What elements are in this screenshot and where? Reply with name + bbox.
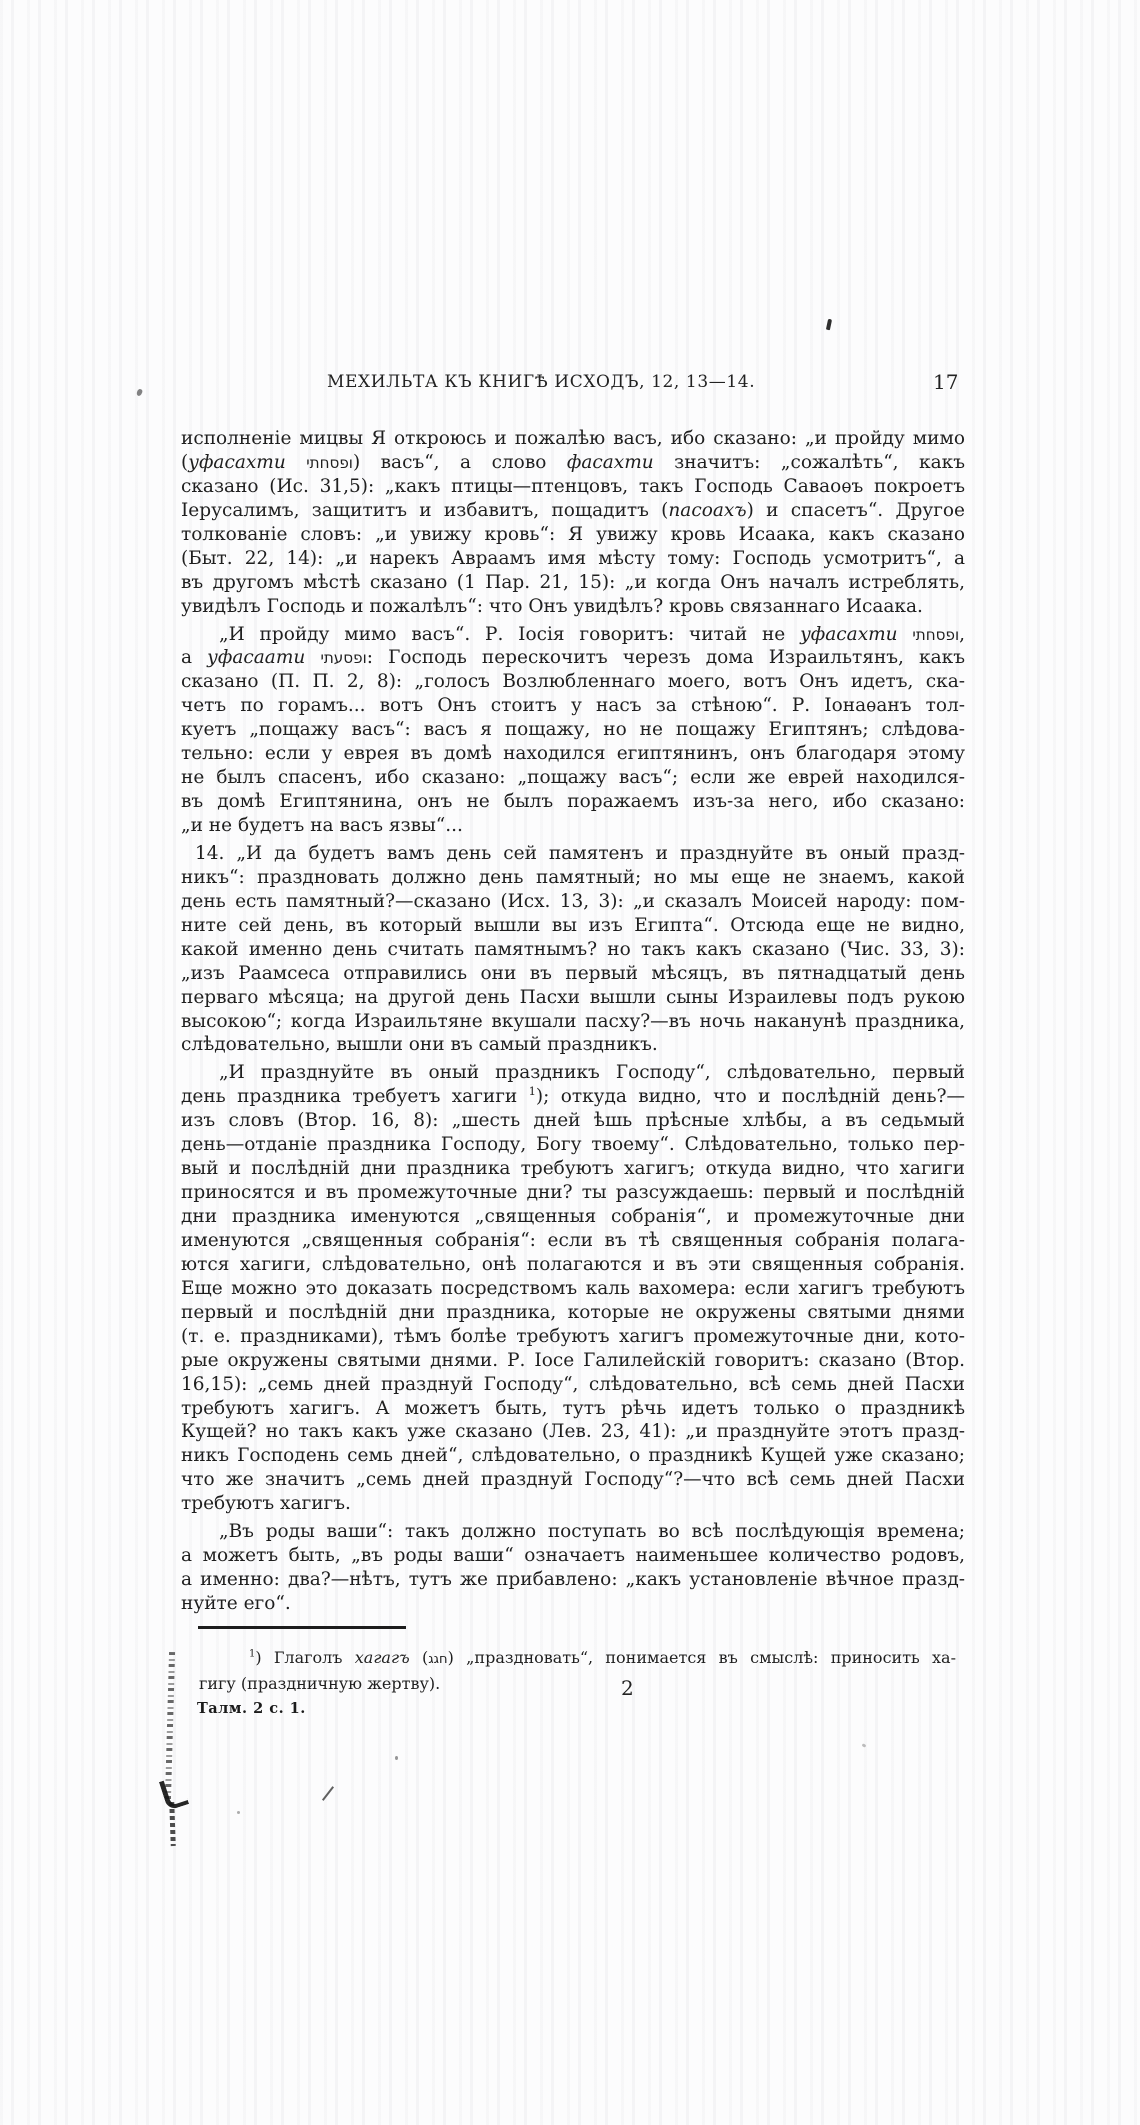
text-line: дни праздника именуются „священныя собра… — [181, 1205, 965, 1229]
ink-dot-artifact — [136, 388, 143, 396]
italic-term: фасахти — [567, 452, 654, 473]
text-segment: гигу (праздничную жертву). — [199, 1674, 440, 1693]
text-line: рые окружены святыми днями. Р. Іосе Гали… — [181, 1349, 965, 1373]
paragraph: „И празднуйте въ оный праздникъ Господу“… — [181, 1061, 965, 1516]
text-segment: вый и послѣдній дни праздника требуютъ х… — [181, 1158, 965, 1179]
text-line: нуйте его“. — [181, 1592, 965, 1616]
text-line: 16,15): „семь дней празднуй Господу“, сл… — [181, 1373, 965, 1397]
text-line: „изъ Раамсеса отправились они въ первый … — [181, 962, 965, 986]
stray-apostrophe-artifact — [826, 319, 832, 331]
text-segment: требуютъ хагигъ. — [181, 1493, 351, 1514]
text-line: сказано (П. П. 2, 8): „голосъ Возлюбленн… — [181, 670, 965, 694]
text-segment: Еще можно это доказать посредствомъ каль… — [181, 1278, 965, 1299]
ink-speck — [862, 1743, 867, 1748]
text-line: что же значитъ „семь дней празднуй Госпо… — [181, 1468, 965, 1492]
text-line: день праздника требуетъ хагиги 1); откуд… — [181, 1085, 965, 1109]
text-segment: 14. „И да будетъ вамъ день сей памятенъ … — [195, 843, 965, 864]
paragraph: „Въ роды ваши“: такъ должно поступать во… — [181, 1520, 965, 1616]
footnote-reference: 1 — [529, 1085, 536, 1098]
text-segment: именуются „священныя собранія“: если въ … — [181, 1230, 965, 1251]
stray-slash-artifact — [322, 1786, 334, 1801]
text-segment: ); откуда видно, что и послѣдній день?— — [536, 1086, 965, 1107]
text-segment: исполненіе мицвы Я откроюсь и пожалѣю ва… — [181, 428, 965, 449]
text-line: никъ“: праздновать должно день памятный;… — [181, 866, 965, 890]
book-page-scan: МЕХИЛЬТА КЪ КНИГѢ ИСХОДЪ, 12, 13—14. 17 … — [0, 0, 1140, 2125]
text-segment: сказано (Ис. 31,5): „какъ птицы—птенцовъ… — [181, 476, 965, 497]
text-line: требуютъ хагигъ. А можетъ быть, тутъ рѣч… — [181, 1397, 965, 1421]
text-segment: никъ Господень семь дней“, слѣдовательно… — [181, 1445, 965, 1466]
text-segment: сказано (П. П. 2, 8): „голосъ Возлюбленн… — [181, 671, 965, 692]
text-segment: какой именно день считать памятнымъ? но … — [181, 939, 965, 960]
text-segment: изъ словъ (Втор. 16, 8): „шесть дней ѣшь… — [181, 1110, 965, 1131]
text-segment: а можетъ быть, „въ роды ваши“ означаетъ … — [181, 1545, 965, 1566]
text-line: ните сей день, въ который вышли вы изъ Е… — [181, 914, 965, 938]
text-segment: увидѣлъ Господь и пожалѣлъ“: что Онъ уви… — [181, 596, 923, 617]
text-segment: , — [959, 624, 965, 645]
hebrew-word: חגג — [428, 1652, 447, 1667]
text-line: гигу (праздничную жертву). — [199, 1671, 956, 1697]
text-segment: Кущей? но такъ какъ уже сказано (Лев. 23… — [181, 1421, 965, 1442]
text-segment: „Въ роды ваши“: такъ должно поступать во… — [219, 1521, 965, 1542]
text-segment: первый и послѣдній дни праздника, которы… — [181, 1302, 965, 1323]
text-line: а можетъ быть, „въ роды ваши“ означаетъ … — [181, 1544, 965, 1568]
text-line: Кущей? но такъ какъ уже сказано (Лев. 23… — [181, 1420, 965, 1444]
text-segment: приносятся и въ промежуточные дни? ты ра… — [181, 1182, 965, 1203]
text-segment: въ другомъ мѣстѣ сказано (1 Пар. 21, 15)… — [181, 572, 965, 593]
text-segment: ( — [410, 1648, 429, 1667]
text-segment: что же значитъ „семь дней празднуй Госпо… — [181, 1469, 965, 1490]
text-segment: слѣдовательно, вышли они въ самый праздн… — [181, 1034, 658, 1055]
text-line: увидѣлъ Господь и пожалѣлъ“: что Онъ уви… — [181, 595, 965, 619]
text-line: „Въ роды ваши“: такъ должно поступать во… — [181, 1520, 965, 1544]
text-line: приносятся и въ промежуточные дни? ты ра… — [181, 1181, 965, 1205]
italic-term: уфасаати — [207, 647, 305, 668]
text-segment: (т. е. праздниками), тѣмъ болѣе требуютъ… — [181, 1326, 965, 1347]
text-line: исполненіе мицвы Я откроюсь и пожалѣю ва… — [181, 427, 965, 451]
text-line: никъ Господень семь дней“, слѣдовательно… — [181, 1444, 965, 1468]
text-line: тельно: если у еврея въ домѣ находился е… — [181, 742, 965, 766]
margin-scribble-artifact — [165, 1652, 175, 1800]
text-line: не былъ спасенъ, ибо сказано: „пощажу ва… — [181, 766, 965, 790]
text-line: а именно: два?—нѣтъ, тутъ же прибавлено:… — [181, 1568, 965, 1592]
text-segment: требуютъ хагигъ. А можетъ быть, тутъ рѣч… — [181, 1398, 965, 1419]
text-segment: „И пройду мимо васъ“. Р. Іосія говоритъ:… — [219, 624, 800, 645]
text-line: „И пройду мимо васъ“. Р. Іосія говоритъ:… — [181, 623, 965, 647]
text-line: четъ по горамъ... вотъ Онъ стоитъ у насъ… — [181, 694, 965, 718]
text-segment: значитъ: „сожалѣть“, какъ — [654, 452, 965, 473]
italic-term: хагагъ — [355, 1648, 410, 1667]
text-line: въ другомъ мѣстѣ сказано (1 Пар. 21, 15)… — [181, 571, 965, 595]
text-line: въ домѣ Египтянина, онъ не былъ поражаем… — [181, 790, 965, 814]
text-segment: высокою“; когда Израильтяне вкушали пасх… — [181, 1011, 965, 1032]
text-segment: день—отданіе праздника Господу, Богу тво… — [181, 1134, 965, 1155]
text-segment: въ домѣ Египтянина, онъ не былъ поражаем… — [181, 791, 965, 812]
text-segment: куетъ „пощажу васъ“: васъ я пощажу, но н… — [181, 719, 965, 740]
margin-hook-artifact — [159, 1775, 189, 1810]
italic-term: уфасахти — [800, 624, 898, 645]
text-line: какой именно день считать памятнымъ? но … — [181, 938, 965, 962]
text-segment: нуйте его“. — [181, 1593, 291, 1614]
footnote: 1) Глаголъ хагагъ (חגג) „праздновать“, п… — [199, 1645, 956, 1696]
text-segment: день есть памятный?—сказано (Исх. 13, 3)… — [181, 891, 965, 912]
hebrew-word: ופסחתי — [912, 626, 959, 644]
text-line: вый и послѣдній дни праздника требуютъ х… — [181, 1157, 965, 1181]
text-segment: ) „праздновать“, понимается въ смыслѣ: п… — [448, 1648, 956, 1667]
text-line: (уфасахти ופסחתי) васъ“, а слово фасахти… — [181, 451, 965, 475]
margin-scribble-artifact — [169, 1802, 176, 1846]
paragraph: исполненіе мицвы Я откроюсь и пожалѣю ва… — [181, 427, 965, 619]
text-segment: „И празднуйте въ оный праздникъ Господу“… — [219, 1062, 965, 1083]
text-line: Іерусалимъ, защититъ и избавитъ, пощадит… — [181, 499, 965, 523]
text-line: перваго мѣсяца; на другой день Пасхи выш… — [181, 986, 965, 1010]
running-header-title: МЕХИЛЬТА КЪ КНИГѢ ИСХОДЪ, 12, 13—14. — [327, 372, 755, 392]
text-line: высокою“; когда Израильтяне вкушали пасх… — [181, 1010, 965, 1034]
ink-speck — [395, 1756, 398, 1760]
text-line: (Быт. 22, 14): „и нарекъ Авраамъ имя мѣс… — [181, 547, 965, 571]
text-line: день есть памятный?—сказано (Исх. 13, 3)… — [181, 890, 965, 914]
text-line: 1) Глаголъ хагагъ (חגג) „праздновать“, п… — [199, 1645, 956, 1671]
hebrew-word: ופסחתי — [306, 454, 353, 472]
text-line: изъ словъ (Втор. 16, 8): „шесть дней ѣшь… — [181, 1109, 965, 1133]
text-line: именуются „священныя собранія“: если въ … — [181, 1229, 965, 1253]
text-segment: четъ по горамъ... вотъ Онъ стоитъ у насъ… — [181, 695, 965, 716]
text-line: первый и послѣдній дни праздника, которы… — [181, 1301, 965, 1325]
text-segment: „изъ Раамсеса отправились они въ первый … — [181, 963, 965, 984]
text-segment: ются хагиги, слѣдовательно, онѣ полагают… — [181, 1254, 965, 1275]
text-segment: (Быт. 22, 14): „и нарекъ Авраамъ имя мѣс… — [181, 548, 965, 569]
text-line: сказано (Ис. 31,5): „какъ птицы—птенцовъ… — [181, 475, 965, 499]
footnote-rule — [198, 1626, 406, 1629]
text-line: Еще можно это доказать посредствомъ каль… — [181, 1277, 965, 1301]
text-segment: дни праздника именуются „священныя собра… — [181, 1206, 965, 1227]
text-line: слѣдовательно, вышли они въ самый праздн… — [181, 1033, 965, 1057]
text-line: 14. „И да будетъ вамъ день сей памятенъ … — [181, 842, 965, 866]
text-line: требуютъ хагигъ. — [181, 1492, 965, 1516]
text-segment: день праздника требуетъ хагиги — [181, 1086, 529, 1107]
text-segment: Іерусалимъ, защититъ и избавитъ, пощадит… — [181, 500, 668, 521]
text-segment: а именно: два?—нѣтъ, тутъ же прибавлено:… — [181, 1569, 965, 1590]
paragraph: 14. „И да будетъ вамъ день сей памятенъ … — [181, 842, 965, 1057]
ink-speck — [237, 1811, 240, 1814]
text-line: „И празднуйте въ оный праздникъ Господу“… — [181, 1061, 965, 1085]
text-line: ются хагиги, слѣдовательно, онѣ полагают… — [181, 1253, 965, 1277]
page-number: 17 — [933, 370, 958, 394]
text-segment: „и не будетъ на васъ язвы“... — [181, 815, 463, 836]
text-line: толкованіе словъ: „и увижу кровь“: Я уви… — [181, 523, 965, 547]
text-segment: а — [181, 647, 207, 668]
text-segment — [898, 624, 913, 645]
text-segment: 16,15): „семь дней празднуй Господу“, сл… — [181, 1374, 965, 1395]
text-line: куетъ „пощажу васъ“: васъ я пощажу, но н… — [181, 718, 965, 742]
text-segment: не былъ спасенъ, ибо сказано: „пощажу ва… — [181, 767, 965, 788]
signature-label: Талм. 2 с. 1. — [197, 1700, 306, 1717]
hebrew-word: ופסעתי — [320, 649, 366, 667]
signature-number: 2 — [621, 1676, 634, 1700]
text-segment: : Господь перескочитъ черезъ дома Израил… — [367, 647, 965, 668]
text-segment: рые окружены святыми днями. Р. Іосе Гали… — [181, 1350, 965, 1371]
text-segment: ) Глаголъ — [255, 1648, 354, 1667]
text-segment: ) и спасетъ“. Другое — [747, 500, 965, 521]
text-segment: никъ“: праздновать должно день памятный;… — [181, 867, 965, 888]
paragraph: „И пройду мимо васъ“. Р. Іосія говоритъ:… — [181, 623, 965, 838]
text-segment: ) васъ“, а слово — [353, 452, 567, 473]
italic-term: пасоахъ — [668, 500, 746, 521]
text-line: день—отданіе праздника Господу, Богу тво… — [181, 1133, 965, 1157]
text-line: (т. е. праздниками), тѣмъ болѣе требуютъ… — [181, 1325, 965, 1349]
text-segment — [286, 452, 307, 473]
text-line: а уфасаати ופסעתי: Господь перескочитъ ч… — [181, 646, 965, 670]
text-segment: тельно: если у еврея въ домѣ находился е… — [181, 743, 965, 764]
italic-term: уфасахти — [188, 452, 286, 473]
text-segment: ните сей день, въ который вышли вы изъ Е… — [181, 915, 965, 936]
body-text: исполненіе мицвы Я откроюсь и пожалѣю ва… — [181, 427, 965, 1616]
paragraph: 1) Глаголъ хагагъ (חגג) „праздновать“, п… — [199, 1645, 956, 1696]
text-line: „и не будетъ на васъ язвы“... — [181, 814, 965, 838]
text-segment: толкованіе словъ: „и увижу кровь“: Я уви… — [181, 524, 965, 545]
text-segment: перваго мѣсяца; на другой день Пасхи выш… — [181, 987, 965, 1008]
text-segment — [305, 647, 320, 668]
